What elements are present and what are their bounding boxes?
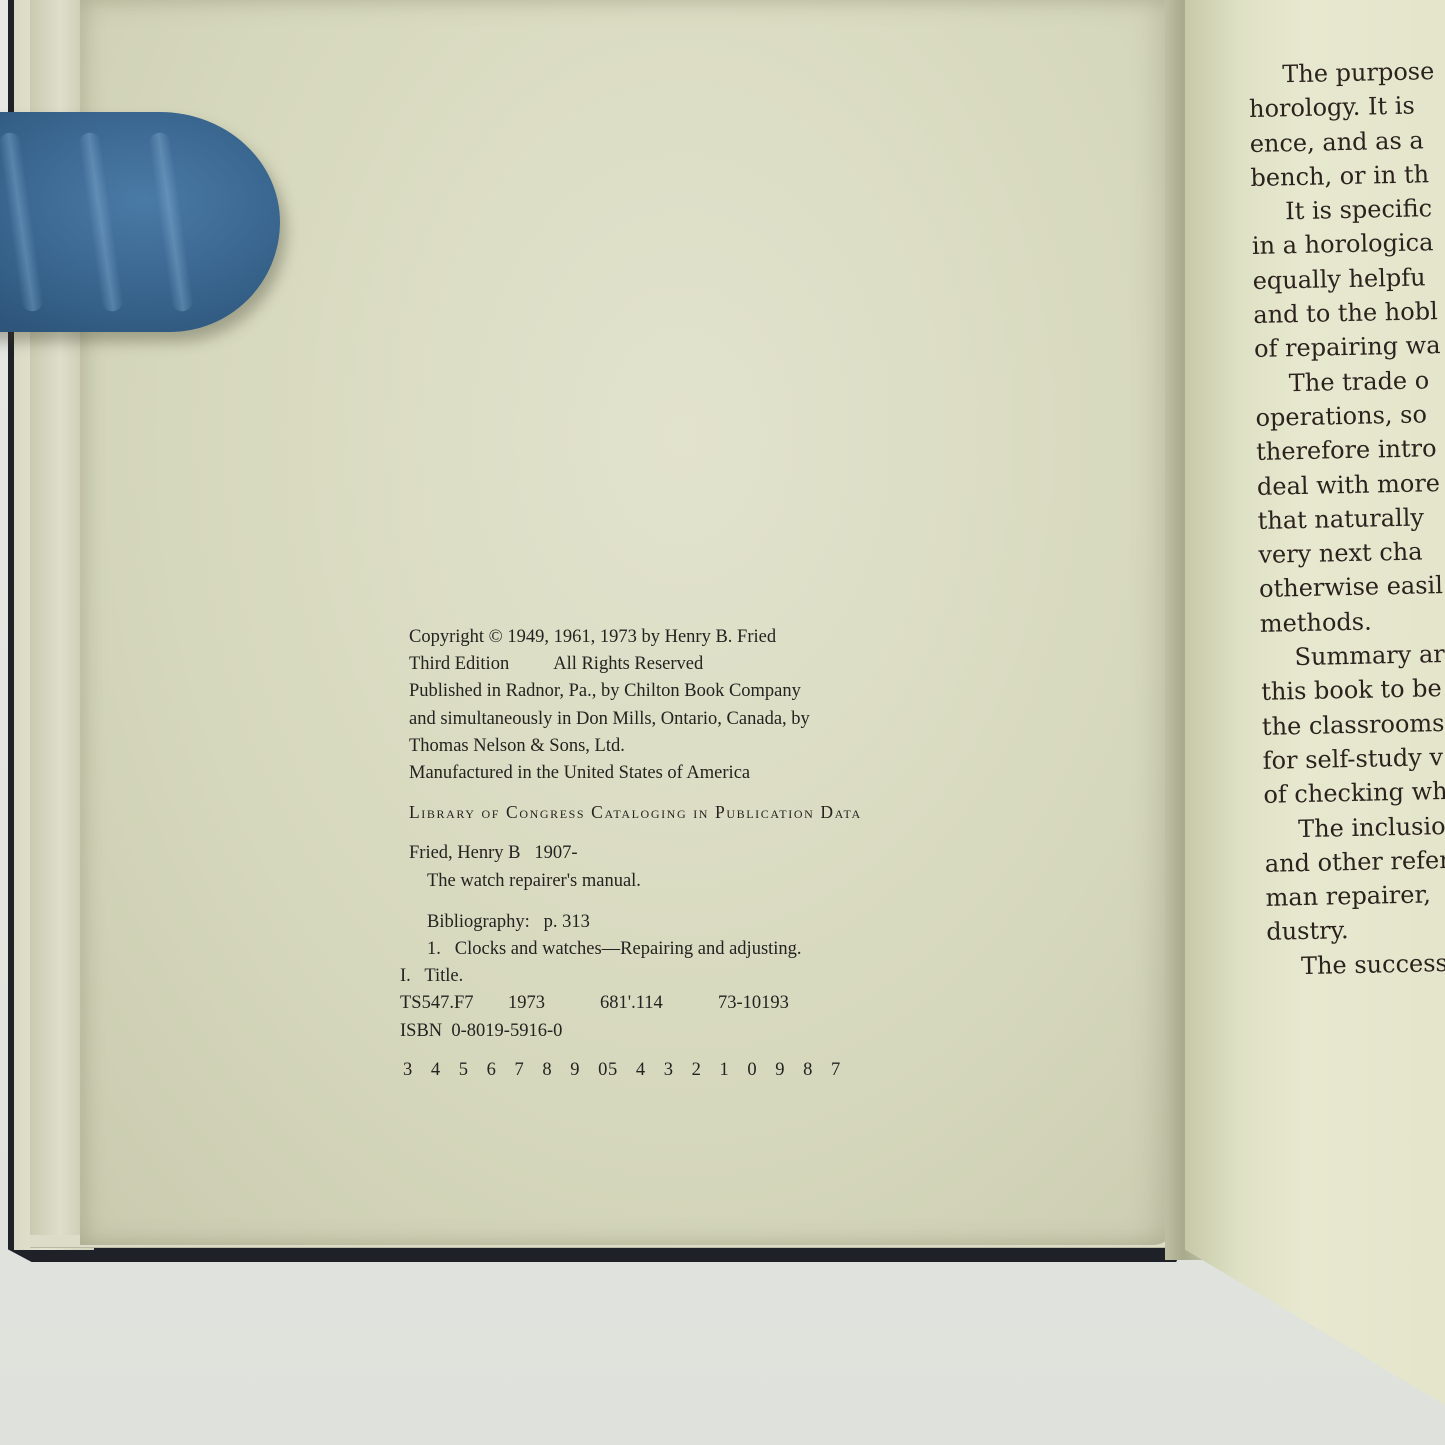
- preface-line: that naturally: [1257, 498, 1445, 538]
- preface-line: bench, or in th: [1250, 155, 1445, 195]
- cip-bibliography: Bibliography: p. 313: [409, 909, 1009, 936]
- manufactured-line: Manufactured in the United States of Ame…: [409, 760, 1009, 787]
- cip-subject: 1. Clocks and watches—Repairing and adju…: [409, 936, 1009, 963]
- preface-line: otherwise easil: [1259, 567, 1445, 607]
- printing-numbers-1: 3 4 5 6 7 8 9 0: [403, 1057, 608, 1084]
- publisher-line: Published in Radnor, Pa., by Chilton Boo…: [409, 678, 1009, 705]
- cip-heading: Library of Congress Cataloging in Public…: [409, 799, 1009, 826]
- cip-title: The watch repairer's manual.: [409, 868, 1009, 895]
- preface-line: operations, so: [1255, 395, 1445, 435]
- preface-line: The inclusion: [1264, 807, 1445, 847]
- call-number: TS547.F7: [400, 990, 508, 1017]
- cip-title-entry: I. Title.: [400, 963, 1009, 990]
- year: 1973: [508, 990, 600, 1017]
- gloved-finger: [0, 112, 280, 332]
- preface-line: deal with more: [1257, 464, 1445, 504]
- preface-line: in a horologica: [1252, 224, 1445, 264]
- preface-line: methods.: [1259, 601, 1445, 641]
- glove-wrinkle: [78, 131, 125, 312]
- preface-line: very next cha: [1258, 533, 1445, 573]
- lccn: 73-10193: [718, 990, 789, 1017]
- preface-line: for self-study v: [1262, 738, 1445, 778]
- glove-wrinkle: [148, 131, 195, 312]
- copublisher-line: and simultaneously in Don Mills, Ontario…: [409, 706, 1009, 733]
- edition: Third Edition: [409, 654, 509, 674]
- preface-line: the classrooms: [1262, 704, 1445, 744]
- preface-line: this book to be: [1261, 670, 1445, 710]
- preface-line: therefore intro: [1256, 430, 1445, 470]
- copyright-notice: Copyright © 1949, 1961, 1973 by Henry B.…: [409, 624, 1009, 1084]
- printing-numbers-2: 5 4 3 2 1 0 9 8 7: [608, 1057, 847, 1084]
- preface-line: and other refer: [1265, 841, 1445, 881]
- cip-author: Fried, Henry B 1907-: [409, 840, 1009, 867]
- cip-classification: TS547.F7 1973 681'.114 73-10193: [400, 990, 1009, 1017]
- printing-line: 3 4 5 6 7 8 9 0 5 4 3 2 1 0 9 8 7: [403, 1057, 1009, 1084]
- dewey-number: 681'.114: [600, 990, 718, 1017]
- preface-line: ence, and as a: [1249, 121, 1445, 161]
- preface-line: The success: [1267, 944, 1445, 984]
- rights: All Rights Reserved: [553, 654, 703, 674]
- glove-wrinkle: [0, 131, 44, 312]
- preface-line: dustry.: [1266, 910, 1445, 950]
- copublisher-name: Thomas Nelson & Sons, Ltd.: [409, 733, 1009, 760]
- copyright-line: Copyright © 1949, 1961, 1973 by Henry B.…: [409, 624, 1009, 651]
- preface-line: It is specific: [1251, 190, 1445, 230]
- edition-line: Third EditionAll Rights Reserved: [409, 651, 1009, 678]
- preface-line: Summary ar: [1260, 635, 1445, 675]
- preface-line: of repairing wa: [1254, 327, 1445, 367]
- preface-line: man repairer,: [1265, 875, 1445, 915]
- preface-text: The purpose horology. It is ence, and as…: [1248, 53, 1445, 984]
- preface-line: of checking wh: [1263, 773, 1445, 813]
- preface-line: The trade o: [1254, 361, 1445, 401]
- preface-line: equally helpfu: [1252, 258, 1445, 298]
- preface-line: horology. It is: [1249, 87, 1445, 127]
- preface-line: The purpose: [1248, 53, 1445, 93]
- preface-line: and to the hobl: [1253, 293, 1445, 333]
- isbn: ISBN 0-8019-5916-0: [400, 1018, 1009, 1045]
